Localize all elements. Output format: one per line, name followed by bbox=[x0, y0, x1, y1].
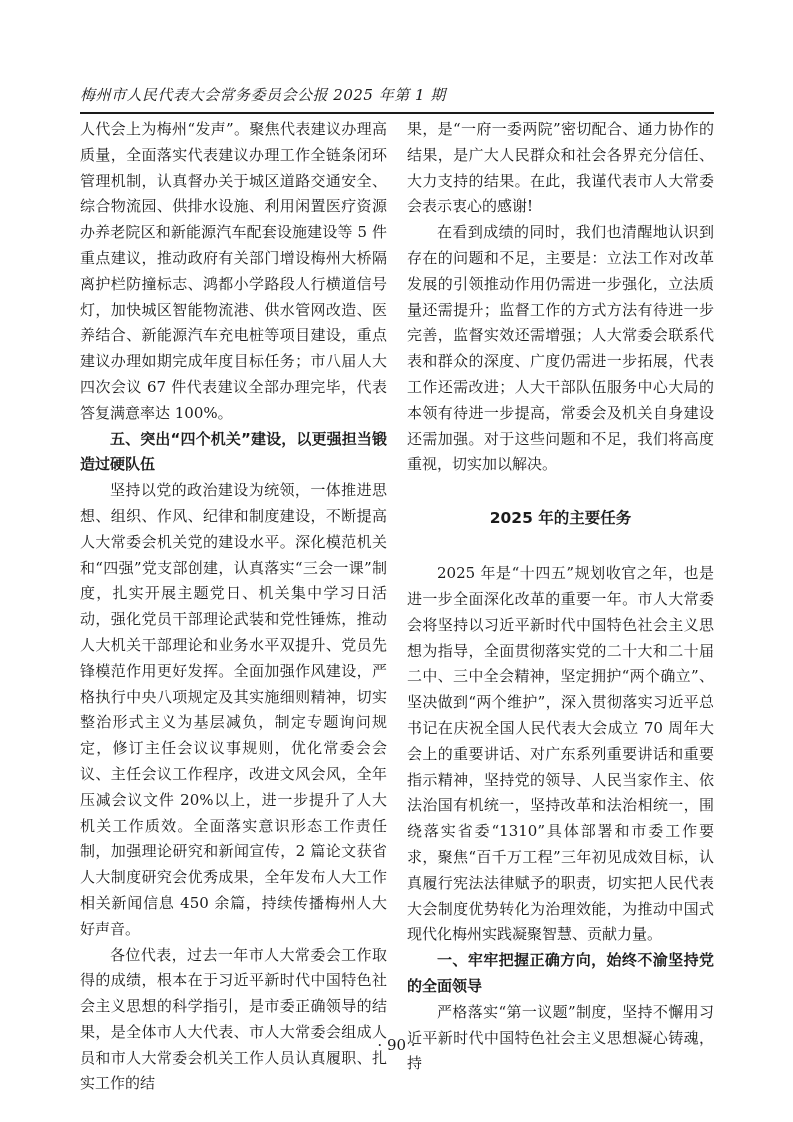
page-number: · 90 · bbox=[377, 1036, 415, 1054]
bulletin-page: 梅州市人民代表大会常务委员会公报 2025 年第 1 期 人代会上为梅州“发声”… bbox=[0, 0, 793, 1122]
page-body: 人代会上为梅州“发声”。聚焦代表建议办理高质量，全面落实代表建议办理工作全链条闭… bbox=[80, 117, 714, 1097]
right-column: 果，是“一府一委两院”密切配合、通力协作的结果，是广大人民群众和社会各界充分信任… bbox=[407, 117, 714, 1097]
paragraph-continuation: 人代会上为梅州“发声”。聚焦代表建议办理高质量，全面落实代表建议办理工作全链条闭… bbox=[80, 117, 387, 427]
subsection-heading: 一、牢牢把握正确方向，始终不渝坚持党的全面领导 bbox=[407, 948, 714, 1000]
paragraph-continuation: 果，是“一府一委两院”密切配合、通力协作的结果，是广大人民群众和社会各界充分信任… bbox=[407, 117, 714, 220]
header-rule bbox=[80, 112, 714, 114]
paragraph: 在看到成绩的同时，我们也清醒地认识到存在的问题和不足，主要是：立法工作对改革发展… bbox=[407, 220, 714, 478]
page-footer: · 90 · bbox=[0, 1036, 793, 1054]
paragraph: 2025 年是“十四五”规划收官之年，也是进一步全面深化改革的重要一年。市人大常… bbox=[407, 561, 714, 948]
paragraph: 各位代表，过去一年市人大常委会工作取得的成绩，根本在于习近平新时代中国特色社会主… bbox=[80, 943, 387, 1098]
paragraph: 坚持以党的政治建设为统领，一体推进思想、组织、作风、纪律和制度建设，不断提高人大… bbox=[80, 478, 387, 942]
running-head-title: 梅州市人民代表大会常务委员会公报 2025 年第 1 期 bbox=[80, 84, 714, 105]
left-column: 人代会上为梅州“发声”。聚焦代表建议办理高质量，全面落实代表建议办理工作全链条闭… bbox=[80, 117, 387, 1097]
subsection-heading: 五、突出“四个机关”建设，以更强担当锻造过硬队伍 bbox=[80, 427, 387, 479]
page-header: 梅州市人民代表大会常务委员会公报 2025 年第 1 期 bbox=[80, 84, 714, 114]
section-title: 2025 年的主要任务 bbox=[407, 505, 714, 531]
